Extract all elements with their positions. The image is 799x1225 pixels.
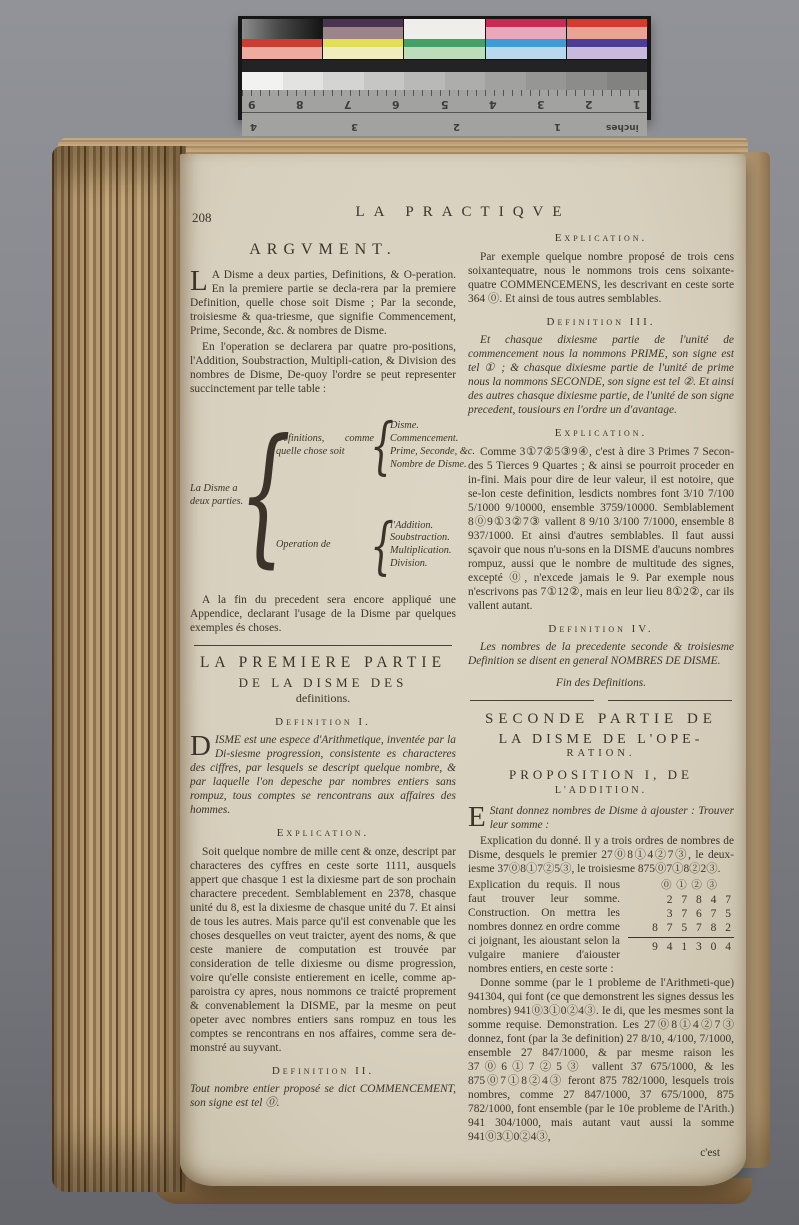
branch-item: Soubstraction. bbox=[390, 532, 452, 545]
color-patch bbox=[404, 39, 484, 59]
explication-du-requis: Explication du requis. Il nous faut trou… bbox=[468, 878, 620, 976]
color-patch bbox=[404, 19, 484, 39]
explication-1-heading: Explication. bbox=[190, 827, 456, 841]
explication-2-heading: Explication. bbox=[468, 232, 734, 246]
branch-item: Commencement. bbox=[390, 433, 475, 446]
ruler-inch-scale: 4 3 2 1 inches bbox=[242, 119, 647, 136]
definition-4-text: Les nombres de la precedente seconde & t… bbox=[468, 640, 734, 668]
definition-2-heading: Definition II. bbox=[190, 1065, 456, 1079]
color-patch bbox=[242, 19, 322, 39]
branch-item: Multiplication. bbox=[390, 545, 452, 558]
part1-heading-line2: DE LA DISME DES bbox=[190, 675, 456, 691]
calibration-grayscale-steps bbox=[242, 72, 647, 90]
gray-step bbox=[242, 72, 283, 90]
ruler-divider-line bbox=[242, 112, 647, 113]
calibration-color-row-2 bbox=[242, 39, 647, 59]
part2-heading-line2: LA DISME DE L'OPE- bbox=[468, 731, 734, 748]
part1-heading-line3: definitions. bbox=[190, 691, 456, 706]
construction-block: Explication du requis. Il nous faut trou… bbox=[468, 878, 734, 976]
definitions-branch: Definitions, comme quelle chose soit { D… bbox=[276, 407, 475, 485]
running-title: LA PRACTIQVE bbox=[180, 204, 746, 221]
branch-item: l'Addition. bbox=[390, 520, 452, 533]
section-divider bbox=[194, 645, 452, 646]
drop-cap-D: D bbox=[190, 733, 215, 758]
calibration-black-bar bbox=[242, 60, 647, 72]
left-column: ARGVMENT. LA Disme a deux parties, Defin… bbox=[190, 240, 456, 1112]
branch-item: Disme. bbox=[390, 420, 475, 433]
proposition-1-statement: EStant donnez nombres de Disme à ajouste… bbox=[468, 804, 734, 832]
photo-of-book-page: { "photo": { "calibration": { "row_a": [… bbox=[0, 0, 799, 1225]
definition-1-heading: Definition I. bbox=[190, 716, 456, 730]
addition-row-2: 3 7 6 7 5 bbox=[628, 907, 734, 921]
color-patch bbox=[567, 19, 647, 39]
argument-paragraph-1: LA Disme a deux parties, Definitions, & … bbox=[190, 268, 456, 338]
drop-cap-E: E bbox=[468, 804, 490, 829]
book-left-page-edges bbox=[52, 146, 186, 1192]
addition-sum-row: 9 4 1 3 0 4 bbox=[628, 937, 734, 954]
explication-du-donne: Explication du donné. Il y a trois ordre… bbox=[468, 834, 734, 876]
appendix-paragraph: A la fin du precedent sera encore appliq… bbox=[190, 593, 456, 635]
proposition-1-heading-line1: PROPOSITION I, DE bbox=[468, 767, 734, 783]
double-rule-divider bbox=[470, 700, 732, 701]
argument-heading: ARGVMENT. bbox=[190, 240, 456, 260]
argument-paragraph-2: En l'operation se declarera par quatre p… bbox=[190, 340, 456, 396]
donne-somme-paragraph: Donne somme (par le 1 probleme de l'Arit… bbox=[468, 976, 734, 1144]
color-patch bbox=[567, 39, 647, 59]
inner-brace: { bbox=[377, 507, 387, 585]
disme-brace-table: La Disme a deux parties. { Definitions, … bbox=[190, 402, 456, 590]
right-column: Explication. Par exemple quelque nombre … bbox=[468, 232, 734, 1160]
gray-step bbox=[283, 72, 324, 90]
gray-step bbox=[566, 72, 607, 90]
part2-heading-line3: RATION. bbox=[468, 748, 734, 761]
operation-branch: Operation de { l'Addition. Soubstraction… bbox=[276, 507, 475, 585]
color-calibration-target: 9 8 7 6 5 4 3 2 1 4 3 2 1 inches bbox=[238, 16, 651, 120]
branch-item: Nombre de Disme. bbox=[390, 459, 475, 472]
calibration-ruler: 9 8 7 6 5 4 3 2 1 4 3 2 1 inches bbox=[242, 90, 647, 136]
gray-step bbox=[607, 72, 648, 90]
addition-table: ⓪ ① ② ③ 2 7 8 4 7 3 7 6 7 5 8 7 5 7 8 2 … bbox=[628, 878, 734, 976]
ruler-cm-numbers: 9 8 7 6 5 4 3 2 1 bbox=[248, 96, 641, 111]
addition-row-3: 8 7 5 7 8 2 bbox=[628, 921, 734, 935]
open-book: 208 LA PRACTIQVE ARGVMENT. LA Disme a de… bbox=[52, 138, 770, 1204]
gray-step bbox=[364, 72, 405, 90]
branch-item: Prime, Seconde, &c. bbox=[390, 446, 475, 459]
gray-step bbox=[323, 72, 364, 90]
gray-step bbox=[485, 72, 526, 90]
color-patch bbox=[486, 39, 566, 59]
inner-brace: { bbox=[377, 407, 387, 485]
color-patch bbox=[323, 39, 403, 59]
catchword: c'est bbox=[468, 1146, 734, 1160]
gray-step bbox=[445, 72, 486, 90]
color-patch bbox=[242, 39, 322, 59]
addition-sign-row: ⓪ ① ② ③ bbox=[628, 880, 734, 893]
explication-3-heading: Explication. bbox=[468, 427, 734, 441]
color-patch bbox=[486, 19, 566, 39]
book-page: 208 LA PRACTIQVE ARGVMENT. LA Disme a de… bbox=[180, 154, 746, 1186]
part2-heading-line1: SECONDE PARTIE DE bbox=[468, 709, 734, 731]
fin-des-definitions: Fin des Definitions. bbox=[468, 676, 734, 690]
part1-heading-line1: LA PREMIERE PARTIE bbox=[190, 652, 456, 674]
definition-2-text: Tout nombre entier proposé se dict COMME… bbox=[190, 1082, 456, 1110]
outer-brace: { bbox=[259, 402, 271, 590]
gray-step bbox=[526, 72, 567, 90]
addition-row-1: 2 7 8 4 7 bbox=[628, 893, 734, 907]
definition-3-heading: Definition III. bbox=[468, 316, 734, 330]
color-patch bbox=[323, 19, 403, 39]
explication-3-text: Comme 3①7②5③9④, c'est à dire 3 Primes 7 … bbox=[468, 445, 734, 613]
definition-3-text: Et chasque dixiesme partie de l'unité de… bbox=[468, 333, 734, 417]
explication-1-text: Soit quelque nombre de mille cent & onze… bbox=[190, 845, 456, 1055]
branch-item: Division. bbox=[390, 558, 452, 571]
ruler-inches-label: inches bbox=[606, 122, 639, 132]
definition-4-heading: Definition IV. bbox=[468, 623, 734, 637]
drop-cap-L: L bbox=[190, 268, 212, 293]
definition-1-text: DISME est une espece d'Arithmetique, inv… bbox=[190, 733, 456, 817]
gray-step bbox=[404, 72, 445, 90]
explication-2-text: Par exemple quelque nombre proposé de tr… bbox=[468, 250, 734, 306]
proposition-1-heading-line2: L'ADDITION. bbox=[468, 785, 734, 797]
calibration-color-row-1 bbox=[242, 19, 647, 39]
